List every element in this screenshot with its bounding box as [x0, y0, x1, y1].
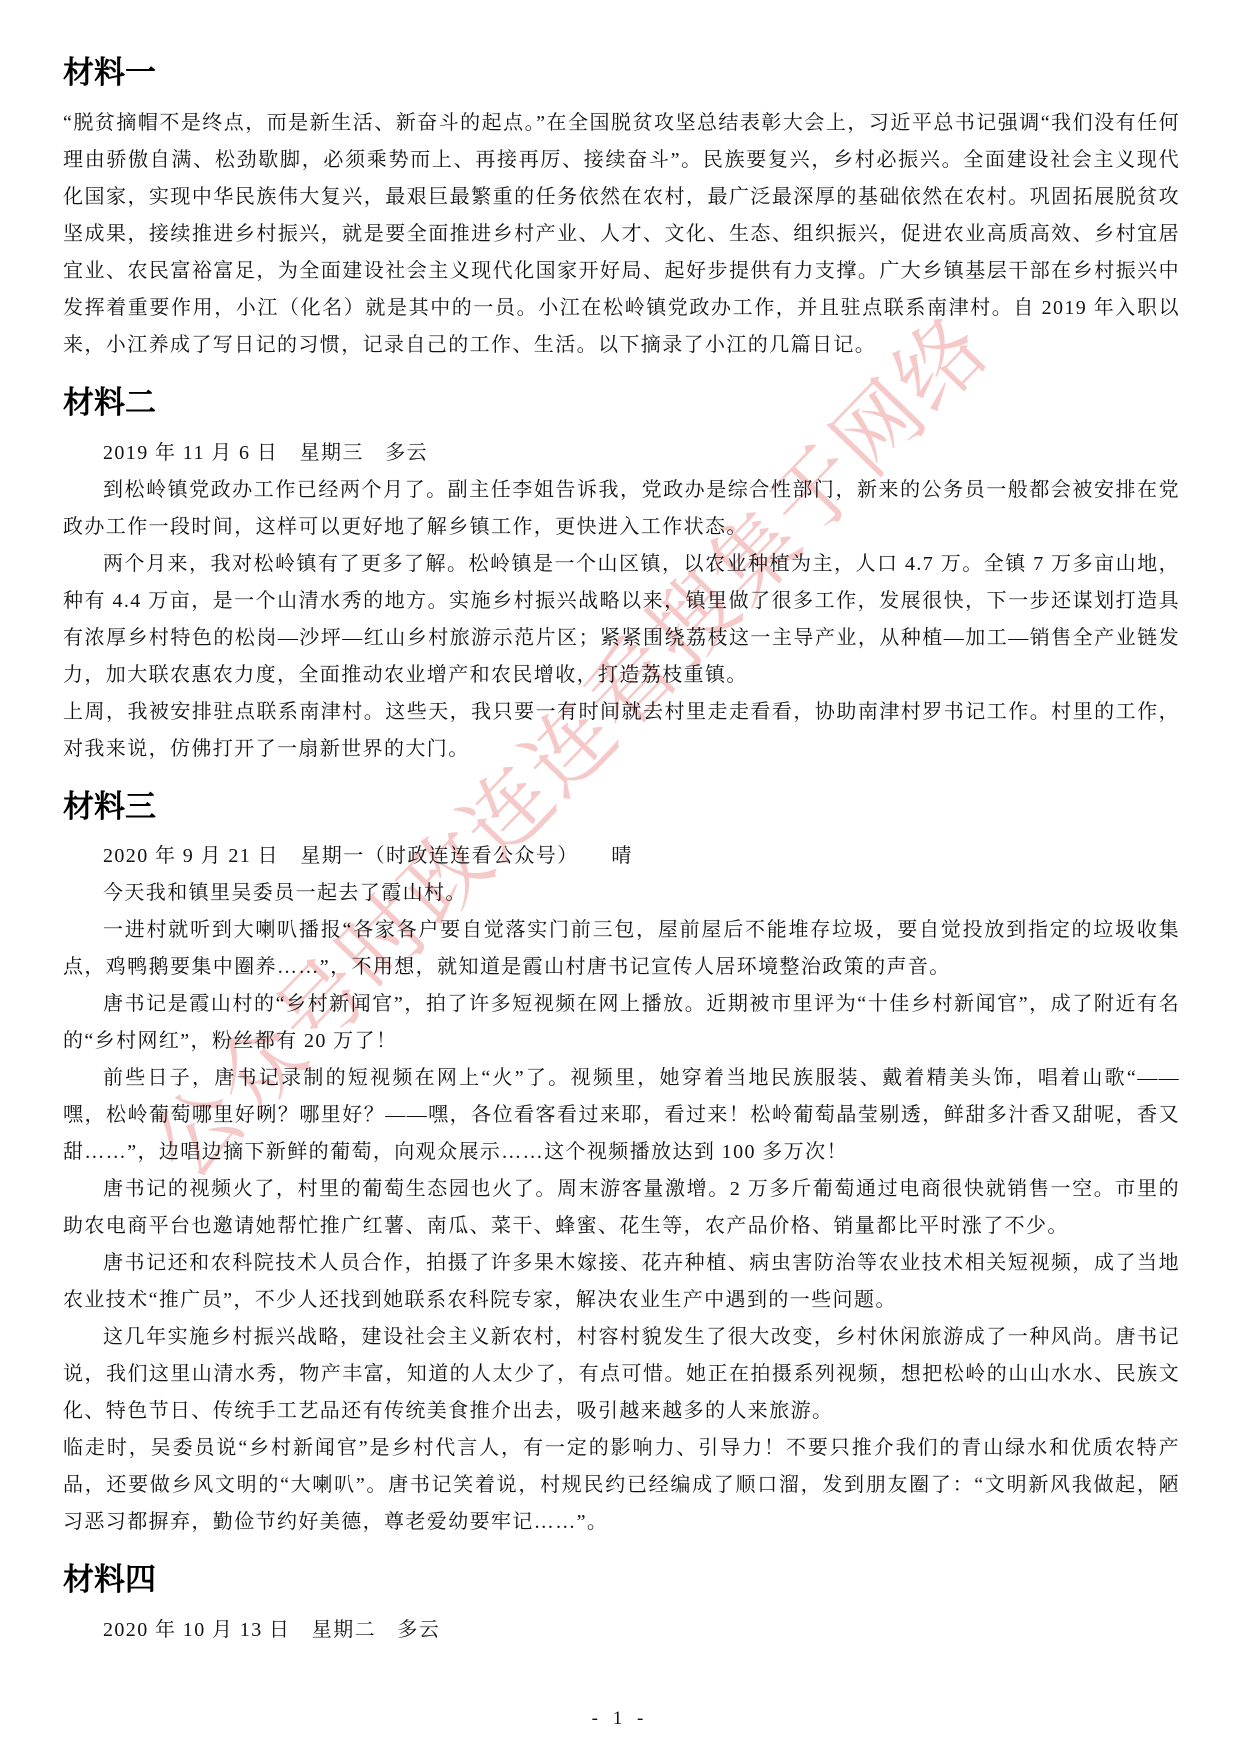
section-heading: 材料三 — [63, 788, 1180, 827]
page-number: - 1 - — [0, 1708, 1240, 1730]
material-section: 材料四2020 年 10 月 13 日 星期二 多云 — [63, 1561, 1180, 1649]
section-heading: 材料四 — [63, 1561, 1180, 1600]
paragraph: 前些日子，唐书记录制的短视频在网上“火”了。视频里，她穿着当地民族服装、戴着精美… — [63, 1060, 1180, 1171]
paragraph: 两个月来，我对松岭镇有了更多了解。松岭镇是一个山区镇，以农业种植为主，人口 4.… — [63, 546, 1180, 694]
material-section: 材料二2019 年 11 月 6 日 星期三 多云到松岭镇党政办工作已经两个月了… — [63, 384, 1180, 768]
diary-date-line: 2020 年 9 月 21 日 星期一（时政连连看公众号） 晴 — [63, 838, 1180, 875]
paragraph: 唐书记还和农科院技术人员合作，拍摄了许多果木嫁接、花卉种植、病虫害防治等农业技术… — [63, 1245, 1180, 1319]
diary-date-line: 2019 年 11 月 6 日 星期三 多云 — [63, 435, 1180, 472]
paragraph: 唐书记的视频火了，村里的葡萄生态园也火了。周末游客量激增。2 万多斤葡萄通过电商… — [63, 1171, 1180, 1245]
section-heading: 材料一 — [63, 54, 1180, 93]
paragraph: 一进村就听到大喇叭播报“各家各户要自觉落实门前三包，屋前屋后不能堆存垃圾，要自觉… — [63, 912, 1180, 986]
paragraph: 上周，我被安排驻点联系南津村。这些天，我只要一有时间就去村里走走看看，协助南津村… — [63, 694, 1180, 768]
paragraph: 唐书记是霞山村的“乡村新闻官”，拍了许多短视频在网上播放。近期被市里评为“十佳乡… — [63, 986, 1180, 1060]
diary-date-line: 2020 年 10 月 13 日 星期二 多云 — [63, 1612, 1180, 1649]
document-content: 材料一“脱贫摘帽不是终点，而是新生活、新奋斗的起点。”在全国脱贫攻坚总结表彰大会… — [63, 54, 1180, 1649]
paragraph: 临走时，吴委员说“乡村新闻官”是乡村代言人，有一定的影响力、引导力！不要只推介我… — [63, 1430, 1180, 1541]
paragraph: 今天我和镇里吴委员一起去了霞山村。 — [63, 875, 1180, 912]
paragraph: 到松岭镇党政办工作已经两个月了。副主任李姐告诉我，党政办是综合性部门，新来的公务… — [63, 472, 1180, 546]
material-section: 材料一“脱贫摘帽不是终点，而是新生活、新奋斗的起点。”在全国脱贫攻坚总结表彰大会… — [63, 54, 1180, 364]
paragraph: 这几年实施乡村振兴战略，建设社会主义新农村，村容村貌发生了很大改变，乡村休闲旅游… — [63, 1319, 1180, 1430]
document-page: 公众号时政连连看搜集于网络 材料一“脱贫摘帽不是终点，而是新生活、新奋斗的起点。… — [0, 0, 1240, 1754]
paragraph: “脱贫摘帽不是终点，而是新生活、新奋斗的起点。”在全国脱贫攻坚总结表彰大会上，习… — [63, 105, 1180, 364]
material-section: 材料三2020 年 9 月 21 日 星期一（时政连连看公众号） 晴今天我和镇里… — [63, 788, 1180, 1542]
section-heading: 材料二 — [63, 384, 1180, 423]
